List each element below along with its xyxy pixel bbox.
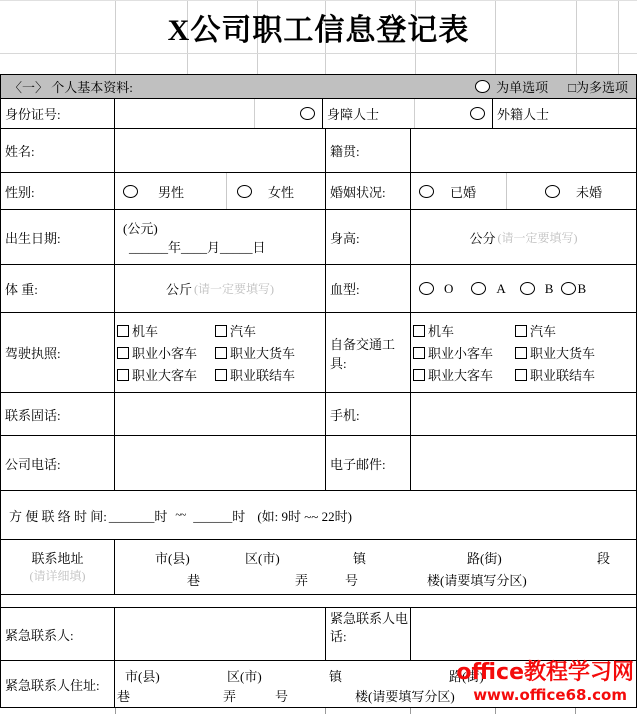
radio-legend-label: 为单选项 (496, 77, 548, 96)
address-input[interactable]: 市(县) 区(市) 镇 路(街) 段 巷 弄 号 楼(请要填写分区) (115, 540, 636, 594)
height-unit: 公分 (469, 228, 495, 247)
radio-blood-ab[interactable] (561, 282, 576, 295)
name-label: 姓名: (1, 129, 115, 172)
form-body: 〈一〉 个人基本资料: 为单选项 □为多选项 身份证号: 身障人士 外籍人士 姓… (0, 74, 637, 708)
gender-option-female[interactable]: 女性 (226, 173, 325, 209)
native-place-label: 籍贯: (326, 129, 411, 172)
height-hint: (请一定要填写) (498, 229, 578, 246)
vehicle-option[interactable]: 机车 (413, 321, 515, 340)
male-label: 男性 (158, 182, 184, 201)
address-floor: 楼(请要填写分区) (427, 570, 527, 589)
disabled-person-label: 身障人士 (327, 104, 379, 123)
marital-option-married[interactable]: 已婚 (411, 173, 506, 209)
foreigner-label: 外籍人士 (493, 99, 636, 128)
contact-time-example: (如: 9时 ~~ 22时) (257, 506, 352, 525)
emergency-contact-label: 紧急联系人: (1, 608, 115, 660)
id-number-input[interactable] (115, 99, 323, 128)
checkbox-icon[interactable] (117, 325, 129, 337)
employee-form-sheet: X公司职工信息登记表 〈一〉 个人基本资料: 为单选项 □为多选项 身份证号: … (0, 0, 637, 714)
license-options: 机车 汽车 职业小客车 职业大货车 职业大客车 职业联结车 (115, 313, 326, 392)
weight-unit: 公斤 (166, 279, 192, 298)
blood-option-b[interactable]: B (520, 281, 554, 297)
name-input[interactable] (115, 129, 326, 172)
blood-a-label: A (496, 281, 505, 297)
checkbox-icon[interactable] (215, 347, 227, 359)
emergency-contact-input[interactable] (115, 608, 326, 660)
em-address-number: 号 (275, 686, 288, 705)
radio-foreigner[interactable] (470, 107, 485, 120)
female-label: 女性 (268, 182, 294, 201)
checkbox-legend-label: □为多选项 (568, 77, 628, 96)
own-vehicle-label: 自备交通工具: (326, 313, 411, 392)
em-address-alley: 弄 (223, 686, 236, 705)
blood-type-options: O A B B (411, 265, 636, 312)
company-phone-label: 公司电话: (1, 436, 115, 490)
title-row: X公司职工信息登记表 (0, 0, 637, 54)
id-number-label: 身份证号: (1, 99, 115, 128)
blood-o-label: O (444, 281, 453, 297)
radio-married[interactable] (419, 185, 434, 198)
radio-blood-b[interactable] (520, 282, 535, 295)
address-district: 区(市) (245, 548, 280, 567)
license-option[interactable]: 汽车 (215, 321, 326, 340)
row-license-vehicle: 驾驶执照: 机车 汽车 职业小客车 职业大货车 职业大客车 职业联结车 自备交通… (1, 313, 636, 393)
email-input[interactable] (411, 436, 636, 490)
emergency-phone-input[interactable] (411, 608, 636, 660)
em-address-city: 市(县) (125, 666, 160, 685)
checkbox-icon[interactable] (413, 347, 425, 359)
row-contact-time: 方 便 联 络 时 间: _______时 ~~ ______时 (如: 9时 … (1, 491, 636, 540)
legend: 为单选项 □为多选项 (475, 77, 628, 96)
emergency-phone-label: 紧急联系人电话: (326, 608, 411, 660)
license-option[interactable]: 职业大货车 (215, 343, 326, 362)
row-weight-blood: 体 重: 公斤 (请一定要填写) 血型: O A B (1, 265, 636, 313)
vehicle-option[interactable]: 职业小客车 (413, 343, 515, 362)
checkbox-icon[interactable] (117, 369, 129, 381)
address-city: 市(县) (155, 548, 190, 567)
checkbox-icon[interactable] (413, 369, 425, 381)
contact-time-prefix: 方 便 联 络 时 间: (9, 506, 107, 525)
license-option[interactable]: 职业联结车 (215, 365, 326, 384)
contact-time-blank2: ______时 (193, 506, 245, 525)
radio-single[interactable] (545, 185, 560, 198)
license-option[interactable]: 机车 (117, 321, 215, 340)
em-address-district: 区(市) (227, 666, 262, 685)
mobile-label: 手机: (326, 393, 411, 435)
row-birth-height: 出生日期: (公元) ______年____月_____日 身高: 公分 (请一… (1, 210, 636, 265)
radio-blood-o[interactable] (419, 282, 434, 295)
spacer-row-top (0, 54, 637, 74)
weight-label: 体 重: (1, 265, 115, 312)
section-header-bar: 〈一〉 个人基本资料: 为单选项 □为多选项 (1, 75, 636, 99)
company-phone-input[interactable] (115, 436, 326, 490)
radio-female[interactable] (237, 185, 252, 198)
contact-time-blank1: _______时 (109, 506, 168, 525)
em-address-floor: 楼(请要填写分区) (355, 686, 455, 705)
vehicle-option[interactable]: 职业大客车 (413, 365, 515, 384)
gender-label: 性别: (1, 173, 115, 209)
own-vehicle-options: 机车 汽车 职业小客车 职业大货车 职业大客车 职业联结车 (411, 313, 636, 392)
checkbox-icon[interactable] (215, 325, 227, 337)
vehicle-option[interactable]: 汽车 (515, 321, 633, 340)
em-address-lane: 巷 (117, 686, 130, 705)
row-gender-marital: 性别: 男性 女性 婚姻状况: 已婚 未婚 (1, 173, 636, 210)
address-label-cell: 联系地址 (请详细填) (1, 540, 115, 594)
birth-blank-template: ______年____月_____日 (123, 237, 266, 256)
checkbox-icon[interactable] (117, 347, 129, 359)
vehicle-option[interactable]: 职业联结车 (515, 365, 633, 384)
email-label: 电子邮件: (326, 436, 411, 490)
marital-options: 已婚 未婚 (411, 173, 636, 209)
weight-input[interactable]: 公斤 (请一定要填写) (115, 265, 326, 312)
bottom-strip (0, 708, 637, 714)
radio-icon (475, 80, 490, 93)
section-title: 〈一〉 个人基本资料: (9, 77, 133, 96)
height-label: 身高: (326, 210, 411, 264)
row-id-number: 身份证号: 身障人士 外籍人士 (1, 99, 636, 129)
marital-label: 婚姻状况: (326, 173, 411, 209)
address-lane: 巷 (187, 570, 200, 589)
height-input[interactable]: 公分 (请一定要填写) (411, 210, 636, 264)
tilde-mark: ~~ (175, 509, 185, 521)
license-label: 驾驶执照: (1, 313, 115, 392)
radio-disabled-person[interactable] (300, 107, 315, 120)
radio-male[interactable] (123, 185, 138, 198)
license-option[interactable]: 职业大客车 (117, 365, 215, 384)
row-name: 姓名: 籍贯: (1, 129, 636, 173)
contact-time[interactable]: 方 便 联 络 时 间: _______时 ~~ ______时 (如: 9时 … (1, 491, 636, 539)
blood-option-ab[interactable]: B (561, 281, 586, 297)
mobile-input[interactable] (411, 393, 636, 435)
vehicle-option[interactable]: 职业大货车 (515, 343, 633, 362)
address-hint: (请详细填) (30, 568, 86, 584)
birth-era-label: (公元) (123, 218, 158, 237)
radio-blood-a[interactable] (471, 282, 486, 295)
checkbox-icon[interactable] (515, 347, 527, 359)
landline-input[interactable] (115, 393, 326, 435)
address-label: 联系地址 (31, 550, 83, 568)
blood-ab-label: B (577, 281, 586, 297)
birth-date-label: 出生日期: (1, 210, 115, 264)
row-company-email: 公司电话: 电子邮件: (1, 436, 636, 491)
blood-option-o[interactable]: O (419, 281, 453, 297)
page-title: X公司职工信息登记表 (168, 5, 470, 49)
birth-date-input[interactable]: (公元) ______年____月_____日 (115, 210, 326, 264)
em-address-town: 镇 (329, 666, 342, 685)
married-label: 已婚 (450, 182, 476, 201)
gender-options: 男性 女性 (115, 173, 326, 209)
marital-option-single[interactable]: 未婚 (506, 173, 636, 209)
address-number: 号 (345, 570, 358, 589)
address-alley: 弄 (295, 570, 308, 589)
disabled-person-cell: 身障人士 (323, 99, 493, 128)
checkbox-icon[interactable] (515, 325, 527, 337)
emergency-address-label: 紧急联系人住址: (1, 661, 115, 707)
row-address: 联系地址 (请详细填) 市(县) 区(市) 镇 路(街) 段 巷 弄 号 楼(请… (1, 540, 636, 595)
checkbox-icon[interactable] (215, 369, 227, 381)
blood-b-label: B (545, 281, 554, 297)
address-section: 段 (597, 548, 610, 567)
watermark-site-url: www.office68.com (473, 686, 627, 704)
single-label: 未婚 (576, 182, 602, 201)
weight-hint: (请一定要填写) (194, 280, 274, 297)
address-road: 路(街) (467, 548, 502, 567)
gender-option-male[interactable]: 男性 (115, 173, 226, 209)
checkbox-icon[interactable] (413, 325, 425, 337)
checkbox-icon[interactable] (515, 369, 527, 381)
row-landline-mobile: 联系固话: 手机: (1, 393, 636, 436)
license-option[interactable]: 职业小客车 (117, 343, 215, 362)
row-emergency-contact: 紧急联系人: 紧急联系人电话: (1, 608, 636, 661)
watermark-site-name: office教程学习网 (456, 655, 634, 686)
landline-label: 联系固话: (1, 393, 115, 435)
address-town: 镇 (353, 548, 366, 567)
spacer-row-mid (1, 595, 636, 608)
native-place-input[interactable] (411, 129, 636, 172)
blood-option-a[interactable]: A (471, 281, 505, 297)
blood-type-label: 血型: (326, 265, 411, 312)
